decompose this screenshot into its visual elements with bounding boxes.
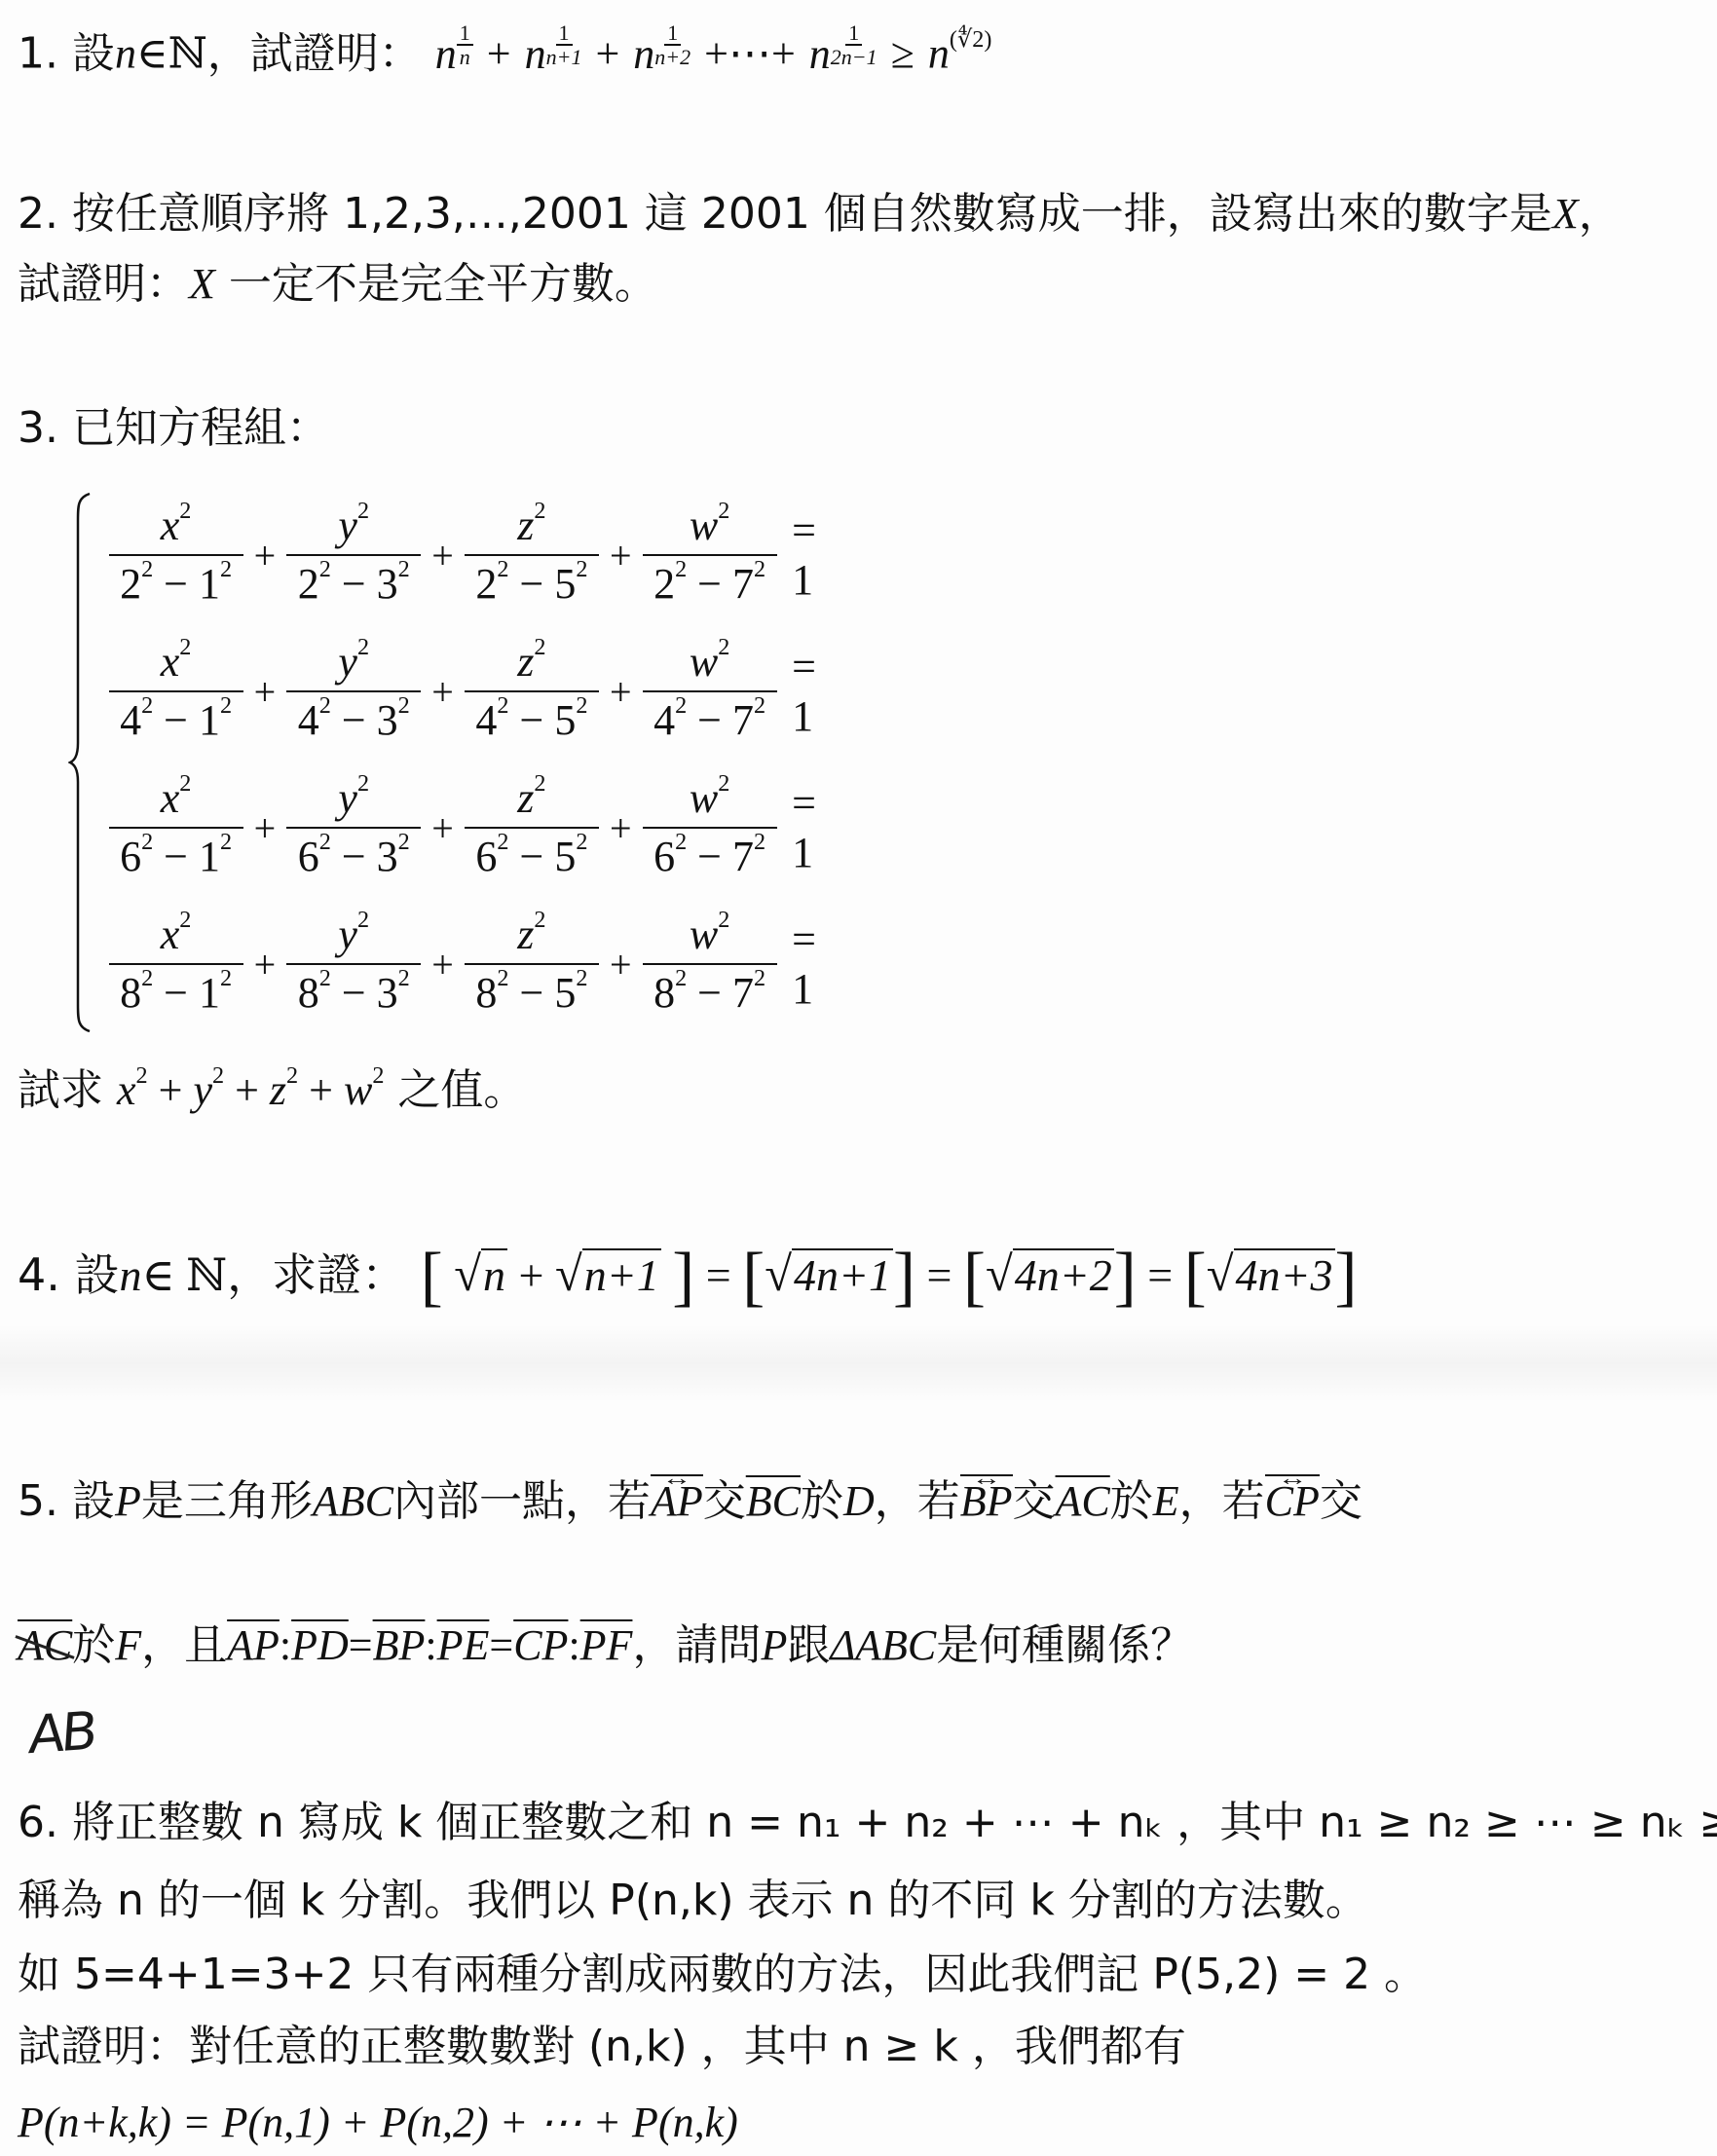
problem-6-line-2: 稱為 n 的一個 k 分割。我們以 P(n,k) 表示 n 的不同 k 分割的方… xyxy=(18,1872,1368,1930)
term-last: n12n−1 xyxy=(809,30,877,78)
problem-5-line-2: AC於F，且AP:PD=BP:PE=CP:PF，請問P跟ΔABC是何種關係？ xyxy=(18,1617,1193,1675)
handwritten-note: AB xyxy=(27,1700,96,1766)
problem-6-line-3: 如 5=4+1=3+2 只有兩種分割成兩數的方法，因此我們記 P(5,2) = … xyxy=(18,1946,1427,2004)
problem-3-heading: 3. 已知方程組： xyxy=(18,399,329,458)
problem-6-line-4: 試證明：對任意的正整數數對 (n,k) ，其中 n ≥ k ，我們都有 xyxy=(18,2018,1186,2076)
fraction: z222 − 52 xyxy=(455,498,608,613)
fraction: z262 − 52 xyxy=(455,770,608,885)
term-3: n1n+2 xyxy=(633,30,691,78)
fraction: w242 − 72 xyxy=(633,634,786,749)
fraction: y242 − 32 xyxy=(278,634,430,749)
fraction: x282 − 12 xyxy=(99,907,252,1022)
scan-shadow xyxy=(0,1324,1717,1402)
problem-2-line-1: 2. 按任意順序將 1,2,3,…,2001 這 2001 個自然數寫成一排，設… xyxy=(18,185,1622,243)
problem-number: 1. xyxy=(18,29,58,79)
problem-2-line-2: 試證明：X 一定不是完全平方數。 xyxy=(18,255,657,314)
fraction: z282 − 52 xyxy=(455,907,608,1022)
equation-system: x222 − 12+y222 − 32+z222 − 52+w222 − 72=… xyxy=(68,492,847,1037)
equation-row: x262 − 12+y262 − 32+z262 − 52+w262 − 72=… xyxy=(99,764,847,891)
problem-5-line-1: 5. 設P是三角形ABC內部一點，若AP交BC於D，若BP交AC於E，若CP交 xyxy=(18,1472,1362,1531)
fraction: w282 − 72 xyxy=(633,907,786,1022)
fraction: x242 − 12 xyxy=(99,634,252,749)
term-2: n1n+1 xyxy=(525,30,582,78)
fraction: w262 − 72 xyxy=(633,770,786,885)
problem-6-line-1: 6. 將正整數 n 寫成 k 個正整數之和 n = n₁ + n₂ + ⋯ + … xyxy=(18,1794,1717,1852)
fraction: y282 − 32 xyxy=(278,907,430,1022)
problem-1: 1. 設n∈ℕ，試證明： n1n + n1n+1 + n1n+2 +⋯+ n12… xyxy=(18,21,991,84)
floor-expression: [ √n + √n+1 ] = [√4n+1] = [√4n+2] = [√4n… xyxy=(421,1250,1358,1300)
equation-row: x282 − 12+y282 − 32+z282 − 52+w282 − 72=… xyxy=(99,901,847,1027)
fraction: w222 − 72 xyxy=(633,498,786,613)
term-1: n1n xyxy=(435,30,473,78)
fraction: x262 − 12 xyxy=(99,770,252,885)
equation-row: x242 − 12+y242 − 32+z242 − 52+w242 − 72=… xyxy=(99,628,847,755)
problem-3-question: 試求 x2 + y2 + z2 + w2 之值。 xyxy=(18,1061,526,1120)
fraction: z242 − 52 xyxy=(455,634,608,749)
fraction: y262 − 32 xyxy=(278,770,430,885)
fraction: x222 − 12 xyxy=(99,498,252,613)
fraction: y222 − 32 xyxy=(278,498,430,613)
exam-page: 1. 設n∈ℕ，試證明： n1n + n1n+1 + n1n+2 +⋯+ n12… xyxy=(0,0,1717,2156)
left-brace-icon xyxy=(68,492,93,1033)
problem-4: 4. 設n∈ ℕ，求證： [ √n + √n+1 ] = [√4n+1] = [… xyxy=(18,1245,1358,1305)
equation-row: x222 − 12+y222 − 32+z222 − 52+w222 − 72=… xyxy=(99,492,847,618)
problem-6-formula: P(n+k,k) = P(n,1) + P(n,2) + ⋯ + P(n,k) xyxy=(18,2094,738,2152)
